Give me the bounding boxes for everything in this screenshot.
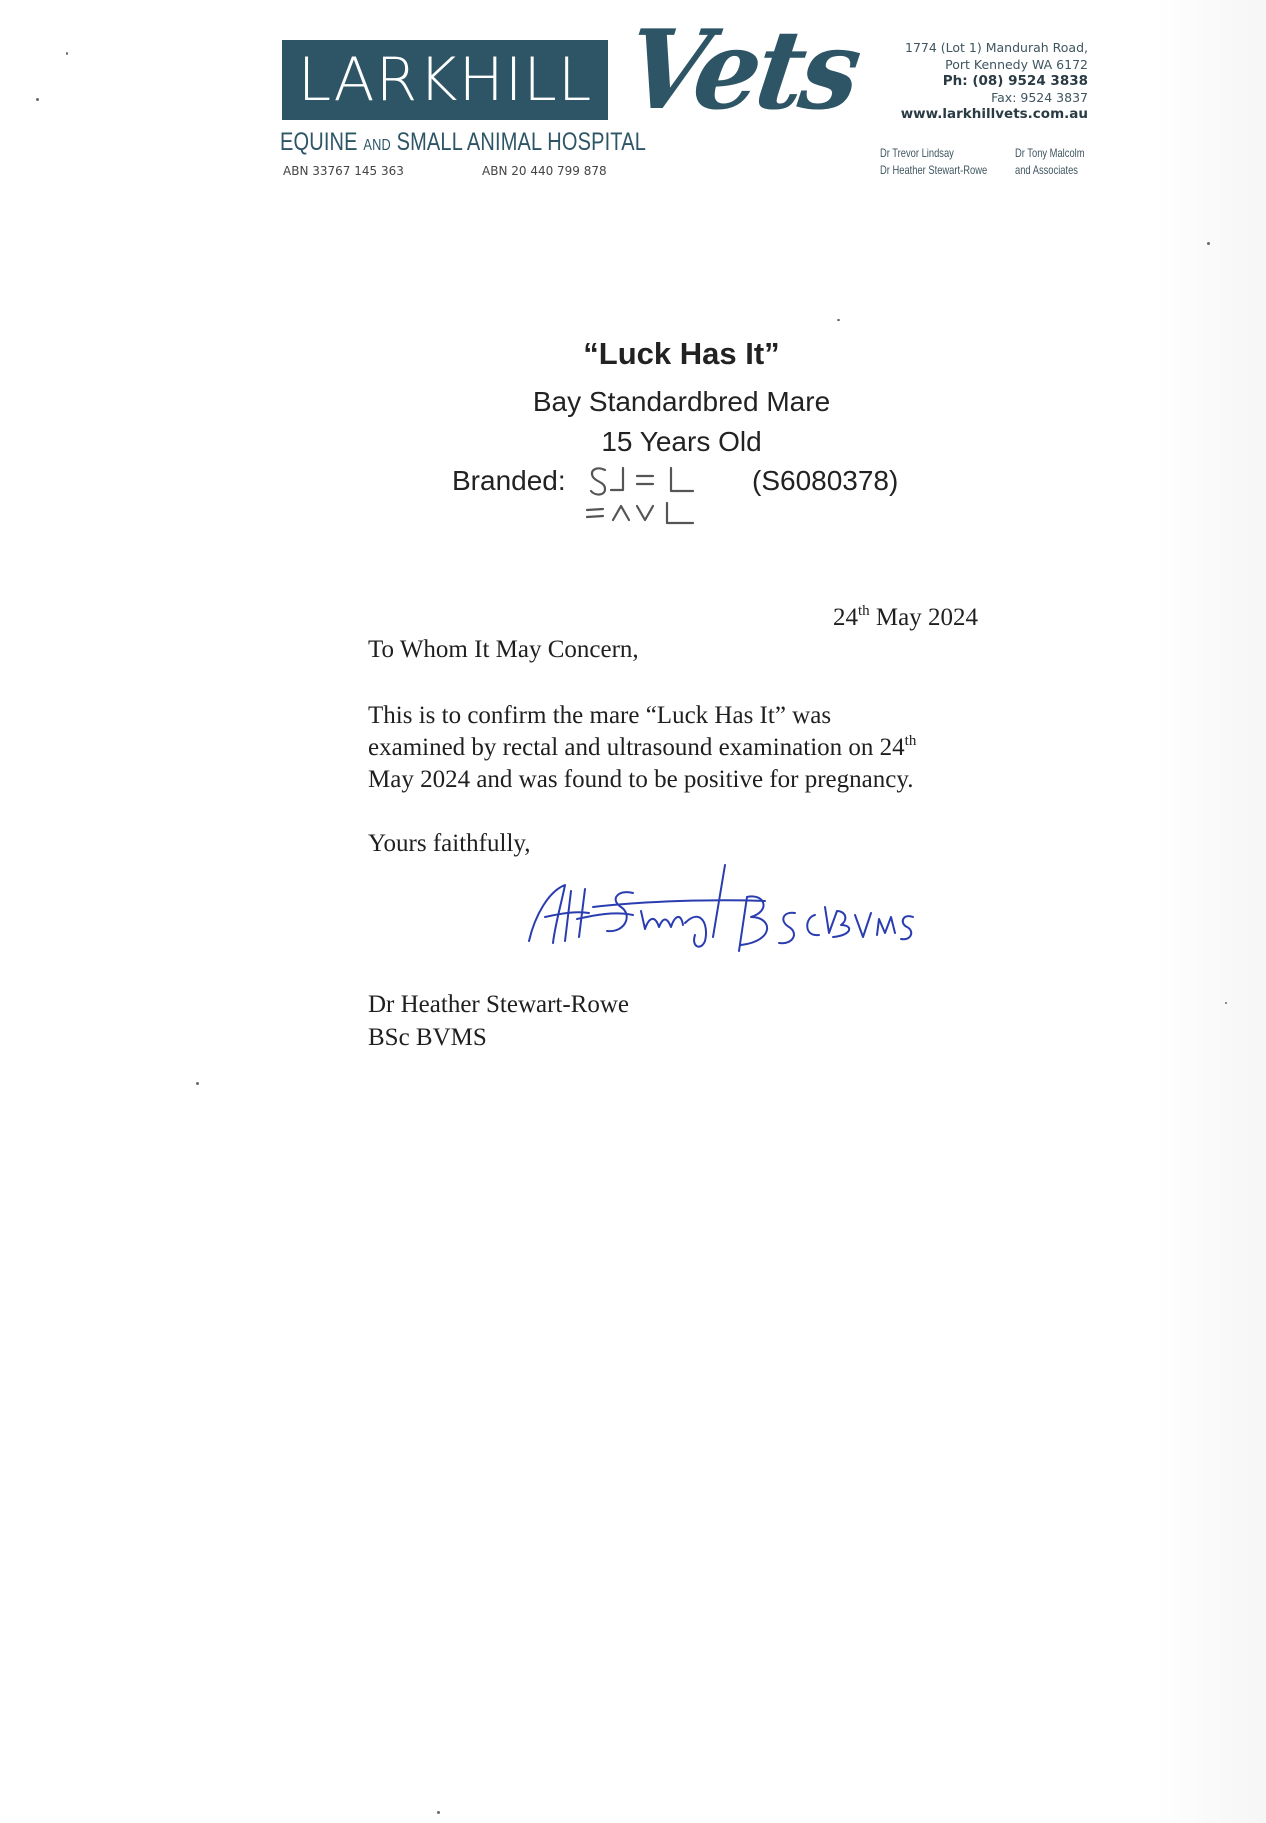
abn-secondary: ABN 20 440 799 878 — [482, 164, 607, 178]
doctors-list-right: Dr Tony Malcolm and Associates — [1015, 145, 1085, 179]
signer-name: Dr Heather Stewart-Rowe — [368, 991, 629, 1019]
scan-speck — [66, 52, 68, 55]
address-line-2: Port Kennedy WA 6172 — [901, 57, 1088, 74]
brand-number: (S6080378) — [752, 465, 898, 497]
address-line-1: 1774 (Lot 1) Mandurah Road, — [901, 40, 1088, 57]
salutation: To Whom It May Concern, — [368, 636, 639, 664]
phone-number: Ph: (08) 9524 3838 — [901, 73, 1088, 90]
contact-block: 1774 (Lot 1) Mandurah Road, Port Kennedy… — [901, 40, 1088, 123]
vets-script-logo: Vets — [620, 15, 863, 124]
website-link: www.larkhillvets.com.au — [901, 106, 1088, 123]
letter-date: 24th May 2024 — [833, 603, 978, 632]
hospital-name: EQUINE AND SMALL ANIMAL HOSPITAL — [280, 128, 544, 157]
scan-speck — [36, 98, 39, 101]
confirmation-paragraph: This is to confirm the mare “Luck Has It… — [368, 700, 1008, 796]
page-edge-shadow — [1156, 0, 1266, 1823]
larkhill-logo: LARKHILL — [282, 40, 608, 120]
scan-speck — [1225, 1002, 1227, 1004]
closing: Yours faithfully, — [368, 830, 531, 858]
freeze-brand-marks — [585, 460, 715, 530]
horse-age: 15 Years Old — [0, 426, 1266, 458]
signer-qualifications: BSc BVMS — [368, 1024, 487, 1052]
horse-name: “Luck Has It” — [0, 336, 1266, 372]
scan-speck — [196, 1082, 199, 1085]
branded-label: Branded: — [452, 465, 566, 497]
abn-primary: ABN 33767 145 363 — [283, 164, 404, 178]
scan-speck — [837, 319, 840, 321]
fax-number: Fax: 9524 3837 — [901, 90, 1088, 107]
scan-speck — [437, 1811, 440, 1814]
horse-description: Bay Standardbred Mare — [0, 386, 1266, 418]
doctors-list-left: Dr Trevor Lindsay Dr Heather Stewart-Row… — [880, 145, 987, 179]
logo-text: LARKHILL — [298, 50, 593, 110]
handwritten-signature — [515, 855, 915, 965]
scan-speck — [1207, 242, 1210, 245]
